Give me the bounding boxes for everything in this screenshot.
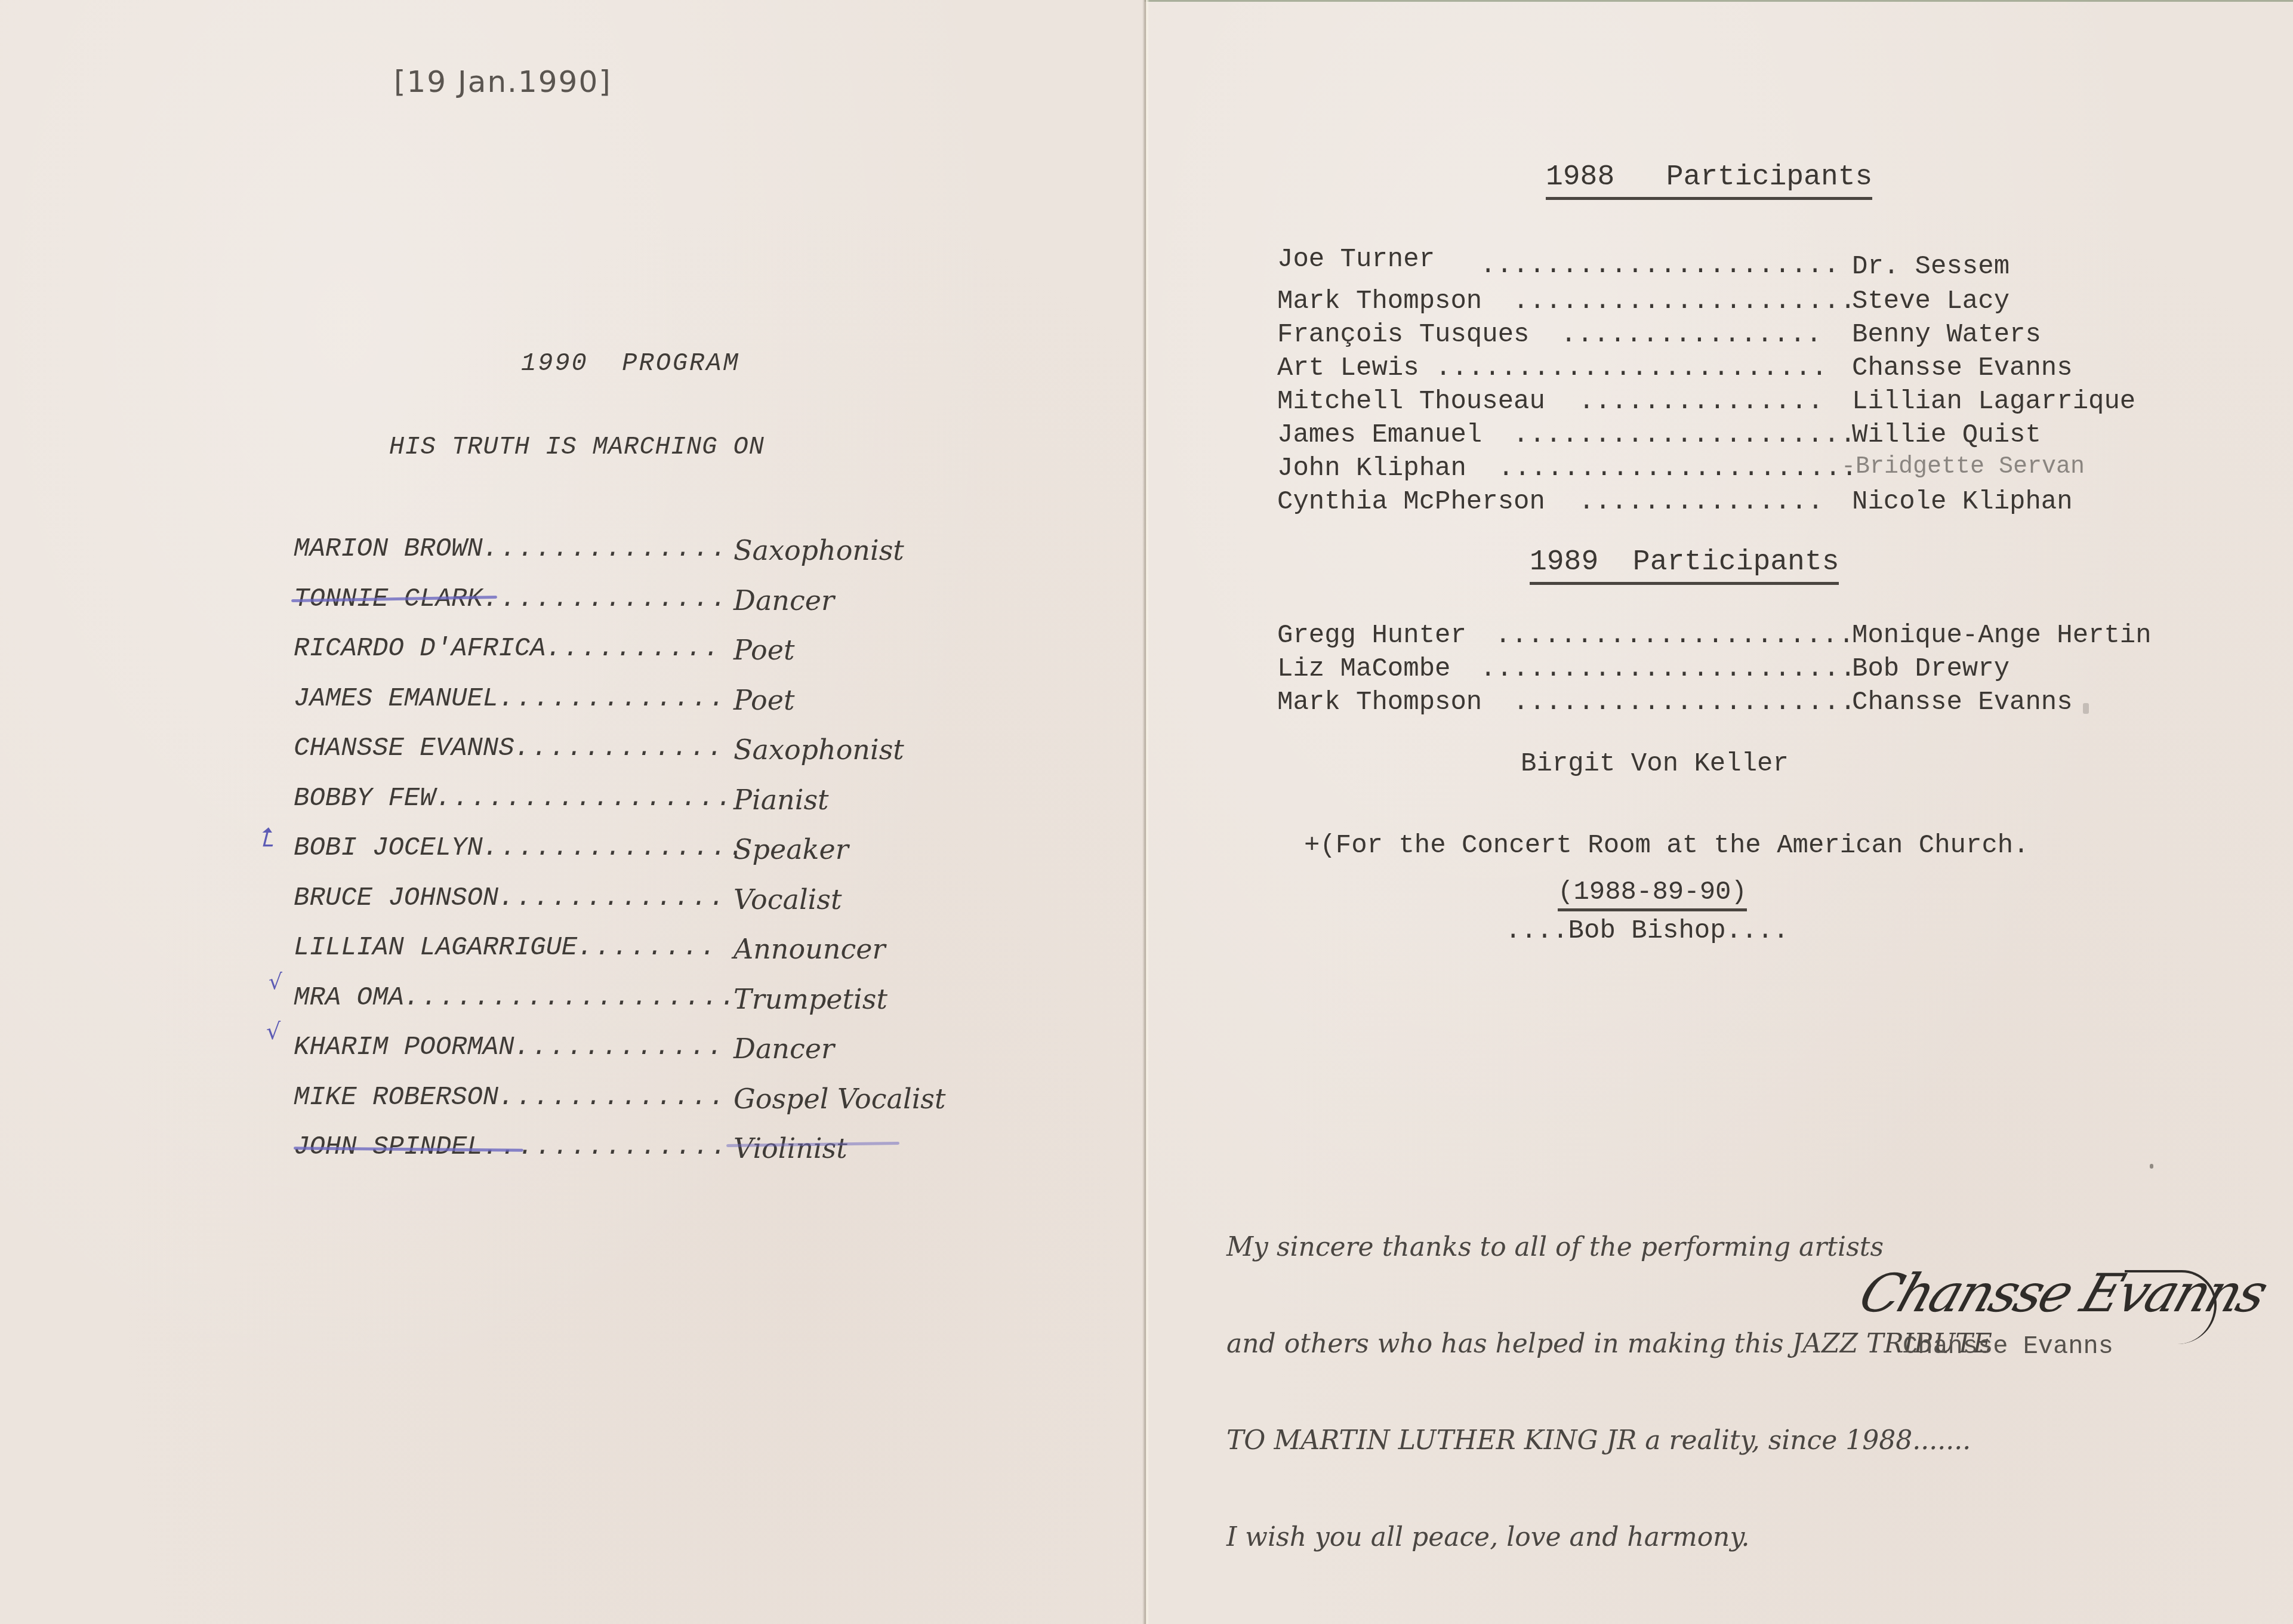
leader-dots: ............ [514, 1033, 725, 1062]
program-row: CHANSSE EVANNS............ Saxophonist [294, 734, 746, 784]
leader-dots: .............. [483, 534, 729, 564]
program-subtitle: HIS TRUTH IS MARCHING ON [389, 433, 765, 461]
participant-row: Gregg Hunter ...................... Moni… [1277, 621, 1466, 654]
thanks-message: My sincere thanks to all of the performi… [1226, 1167, 1992, 1586]
performer-role: Violinist [733, 1132, 847, 1164]
program-row: MIKE ROBERSON............. Gospel Vocali… [294, 1083, 746, 1133]
participant-right: Dr. Sessem [1852, 252, 2010, 282]
program-row: RICARDO D'AFRICA.......... Poet [294, 634, 746, 684]
leader-dots: ..................... [1513, 420, 1857, 450]
performer-name: LILLIAN LAGARRIGUE [294, 933, 577, 963]
program-list: MARION BROWN.............. Saxophonist T… [294, 534, 746, 1182]
signature-printed-name: Chansse Evanns [1903, 1332, 2113, 1361]
program-row: BOBBY FEW................. Pianist [294, 784, 746, 834]
program-row: JAMES EMANUEL............. Poet [294, 684, 746, 734]
checkmark-icon: √ [266, 1018, 281, 1044]
participant-right: Steve Lacy [1852, 286, 2010, 316]
program-row: JOHN SPINDEL.............. Violinist [294, 1132, 746, 1182]
performer-role: Trumpetist [733, 983, 887, 1015]
performer-name: KHARIM POORMAN [294, 1033, 514, 1062]
performer-role: Saxophonist [733, 534, 904, 566]
participant-row: James Emanuel ..................... Will… [1277, 420, 1482, 454]
participant-row: Mark Thompson ..................... Chan… [1277, 688, 1482, 721]
performer-role: Gospel Vocalist [733, 1083, 945, 1115]
participant-left: James Emanuel [1277, 420, 1482, 450]
participant-row: John Kliphan ...................... -Bri… [1277, 454, 1466, 487]
leader-dots: ........................ [1435, 353, 1828, 383]
participant-right: Willie Quist [1852, 420, 2041, 450]
heading-1988-participants: 1988 Participants [1546, 161, 1872, 200]
years-range: (1988-89-90) [1558, 877, 1747, 907]
performer-name: RICARDO D'AFRICA [294, 634, 545, 664]
thanks-line: I wish you all peace, love and harmony. [1226, 1521, 1992, 1554]
participant-right: Monique-Ange Hertin [1852, 621, 2152, 651]
center-fold [1142, 0, 1149, 1624]
program-row: MARION BROWN.............. Saxophonist [294, 534, 746, 584]
leader-dots: ............ [514, 734, 725, 763]
participant-left: Liz MaCombe [1277, 654, 1450, 684]
leader-dots: ...................... [1495, 621, 1855, 651]
participant-right: Benny Waters [1852, 320, 2041, 350]
participant-left: François Tusques [1277, 320, 1529, 350]
participant-row: Joe Turner ...................... Dr. Se… [1277, 245, 1435, 278]
participant-left: Gregg Hunter [1277, 621, 1466, 651]
performer-role: Pianist [733, 784, 829, 816]
paper-speck [2150, 1164, 2153, 1169]
performer-role: Saxophonist [733, 734, 904, 766]
thanks-line: My sincere thanks to all of the performi… [1226, 1231, 1992, 1264]
participant-left: Mark Thompson [1277, 688, 1482, 717]
leader-dots: ............. [498, 1083, 726, 1113]
solo-participant: Birgit Von Keller [1521, 749, 1789, 779]
program-row: LILLIAN LAGARRIGUE........ Announcer [294, 933, 746, 983]
program-row: BRUCE JOHNSON............. Vocalist [294, 883, 746, 933]
participant-left: Cynthia McPherson [1277, 487, 1545, 517]
participant-right: Nicole Kliphan [1852, 487, 2073, 517]
participant-left: John Kliphan [1277, 454, 1466, 483]
leader-dots: .............. [483, 1132, 729, 1162]
leader-dots: ..................... [1513, 286, 1857, 316]
participant-left: Mark Thompson [1277, 286, 1482, 316]
participant-row: Mitchell Thouseau ............... Lillia… [1277, 387, 1545, 420]
performer-name: BOBI JOCELYN [294, 833, 483, 863]
performer-role: Dancer [733, 584, 834, 617]
participant-right: Chansse Evanns [1852, 353, 2073, 383]
program-row: √ MRA OMA................... Trumpetist [294, 983, 746, 1033]
performer-role: Vocalist [733, 883, 842, 916]
checkmark-icon: √ [269, 970, 282, 994]
leader-dots: ...................... [1498, 454, 1858, 483]
participant-right: Lillian Lagarrique [1852, 387, 2135, 417]
leader-dots: ...................... [1480, 251, 1840, 281]
heading-1989-participants: 1989 Participants [1530, 546, 1839, 585]
leader-dots: .............. [483, 584, 729, 614]
program-row: ⮤ BOBI JOCELYN............... Speaker [294, 833, 746, 883]
performer-role: Announcer [733, 933, 885, 965]
participant-left: Mitchell Thouseau [1277, 387, 1545, 417]
participant-right: Chansse Evanns [1852, 688, 2073, 717]
years-text: (1988-89-90) [1558, 877, 1747, 911]
performer-role: Poet [733, 634, 795, 666]
performer-name: BRUCE JOHNSON [294, 883, 498, 913]
leader-dots: ............... [1579, 387, 1824, 417]
checkmark-icon: ⮤ [258, 822, 273, 853]
thanks-line: and others who has helped in making this… [1226, 1328, 1992, 1360]
program-row: TONNIE CLARK.............. Dancer [294, 584, 746, 634]
leader-dots: ............... [1579, 487, 1824, 517]
signature-flourish [2125, 1270, 2217, 1344]
participant-left: Art Lewis [1277, 353, 1419, 383]
performer-role: Dancer [733, 1033, 834, 1065]
program-row: √ KHARIM POORMAN............ Dancer [294, 1033, 746, 1083]
participant-row: Art Lewis ........................ Chans… [1277, 353, 1419, 387]
performer-role: Poet [733, 684, 795, 716]
handwritten-date: [19 Jan.1990] [394, 64, 612, 99]
leader-dots: ................ [1561, 320, 1822, 350]
leader-dots: .......... [545, 634, 721, 664]
leader-dots: ................... [404, 983, 738, 1013]
leader-dots: ............... [483, 833, 746, 863]
participant-row: Cynthia McPherson ............... Nicole… [1277, 487, 1545, 520]
leader-dots: ............. [498, 684, 726, 714]
leader-dots: ........ [577, 933, 717, 963]
leader-dots: ................. [436, 784, 734, 813]
participant-row: Liz MaCombe ....................... Bob … [1277, 654, 1450, 688]
participant-right: -Bridgette Servan [1841, 454, 2085, 480]
participant-right: Bob Drewry [1852, 654, 2010, 684]
performer-name: CHANSSE EVANNS [294, 734, 514, 763]
performer-name: MIKE ROBERSON [294, 1083, 498, 1113]
thanks-line: TO MARTIN LUTHER KING JR a reality, sinc… [1226, 1425, 1992, 1457]
performer-name: MRA OMA [294, 983, 404, 1013]
participant-row: François Tusques ................ Benny … [1277, 320, 1529, 353]
paper-speck [2083, 703, 2089, 714]
participant-left: Joe Turner [1277, 245, 1435, 275]
leader-dots: ....................... [1480, 654, 1856, 684]
performer-role: Speaker [733, 833, 849, 865]
performer-name: JAMES EMANUEL [294, 684, 498, 714]
venue-contact: ....Bob Bishop.... [1505, 916, 1789, 946]
program-title: 1990 PROGRAM [521, 349, 740, 378]
participant-row: Mark Thompson ..................... Stev… [1277, 286, 1482, 320]
venue-line: +(For the Concert Room at the American C… [1304, 831, 2029, 861]
leader-dots: ..................... [1513, 688, 1857, 717]
leader-dots: ............. [498, 883, 726, 913]
performer-name: BOBBY FEW [294, 784, 436, 813]
performer-name: MARION BROWN [294, 534, 483, 564]
